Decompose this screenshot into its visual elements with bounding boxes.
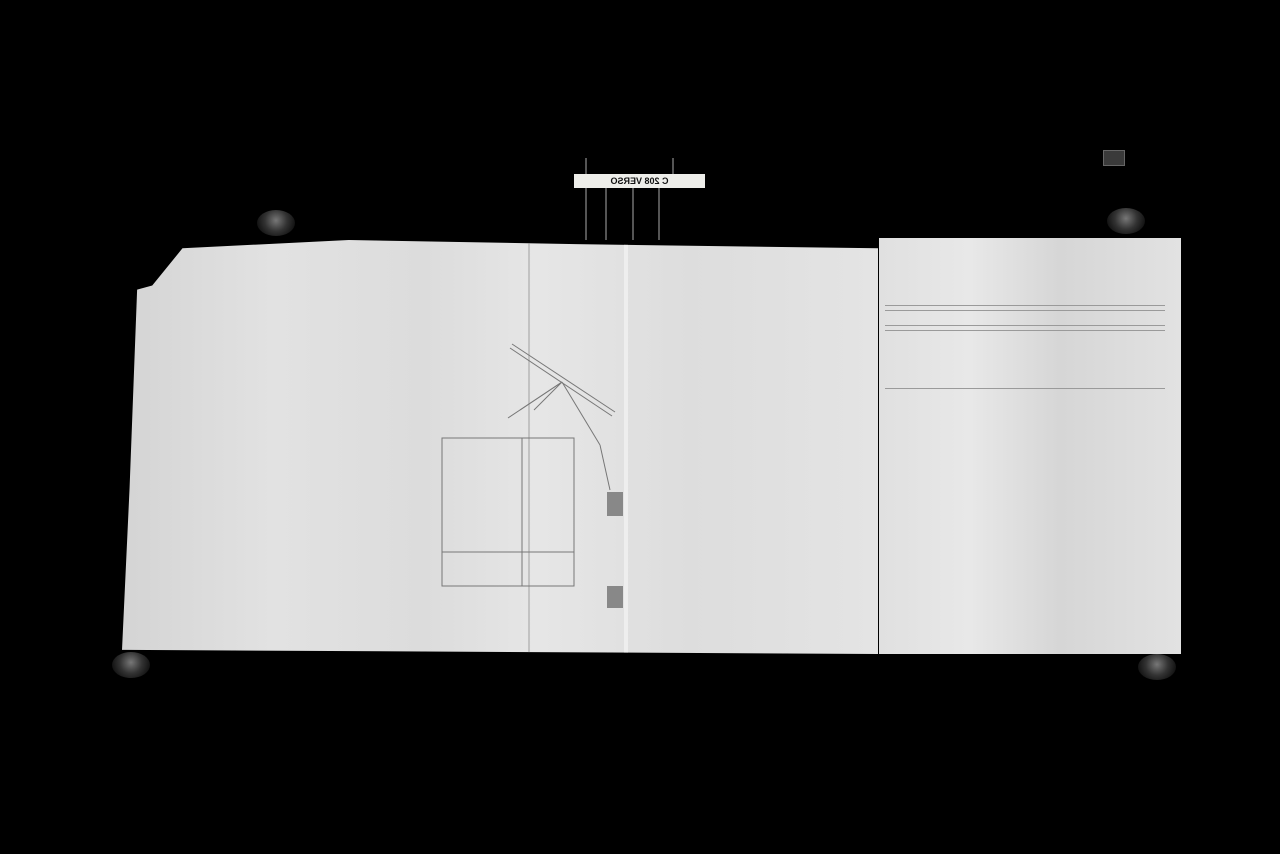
right-sheet bbox=[879, 238, 1181, 654]
ruled-line bbox=[885, 330, 1165, 331]
catalog-label: C 208 VERSO bbox=[574, 174, 705, 188]
mounting-tag bbox=[1103, 150, 1125, 166]
ruled-line bbox=[885, 310, 1165, 311]
ruled-line bbox=[885, 325, 1165, 326]
label-string bbox=[605, 188, 607, 240]
label-string bbox=[658, 188, 660, 240]
label-clip bbox=[585, 158, 587, 240]
glass-weight bbox=[112, 652, 150, 678]
label-string bbox=[632, 188, 634, 240]
pencil-sketch bbox=[430, 330, 650, 630]
glass-weight bbox=[257, 210, 295, 236]
ruled-line bbox=[885, 388, 1165, 389]
glass-weight bbox=[1138, 654, 1176, 680]
glass-weight bbox=[1107, 208, 1145, 234]
ruled-line bbox=[885, 305, 1165, 306]
